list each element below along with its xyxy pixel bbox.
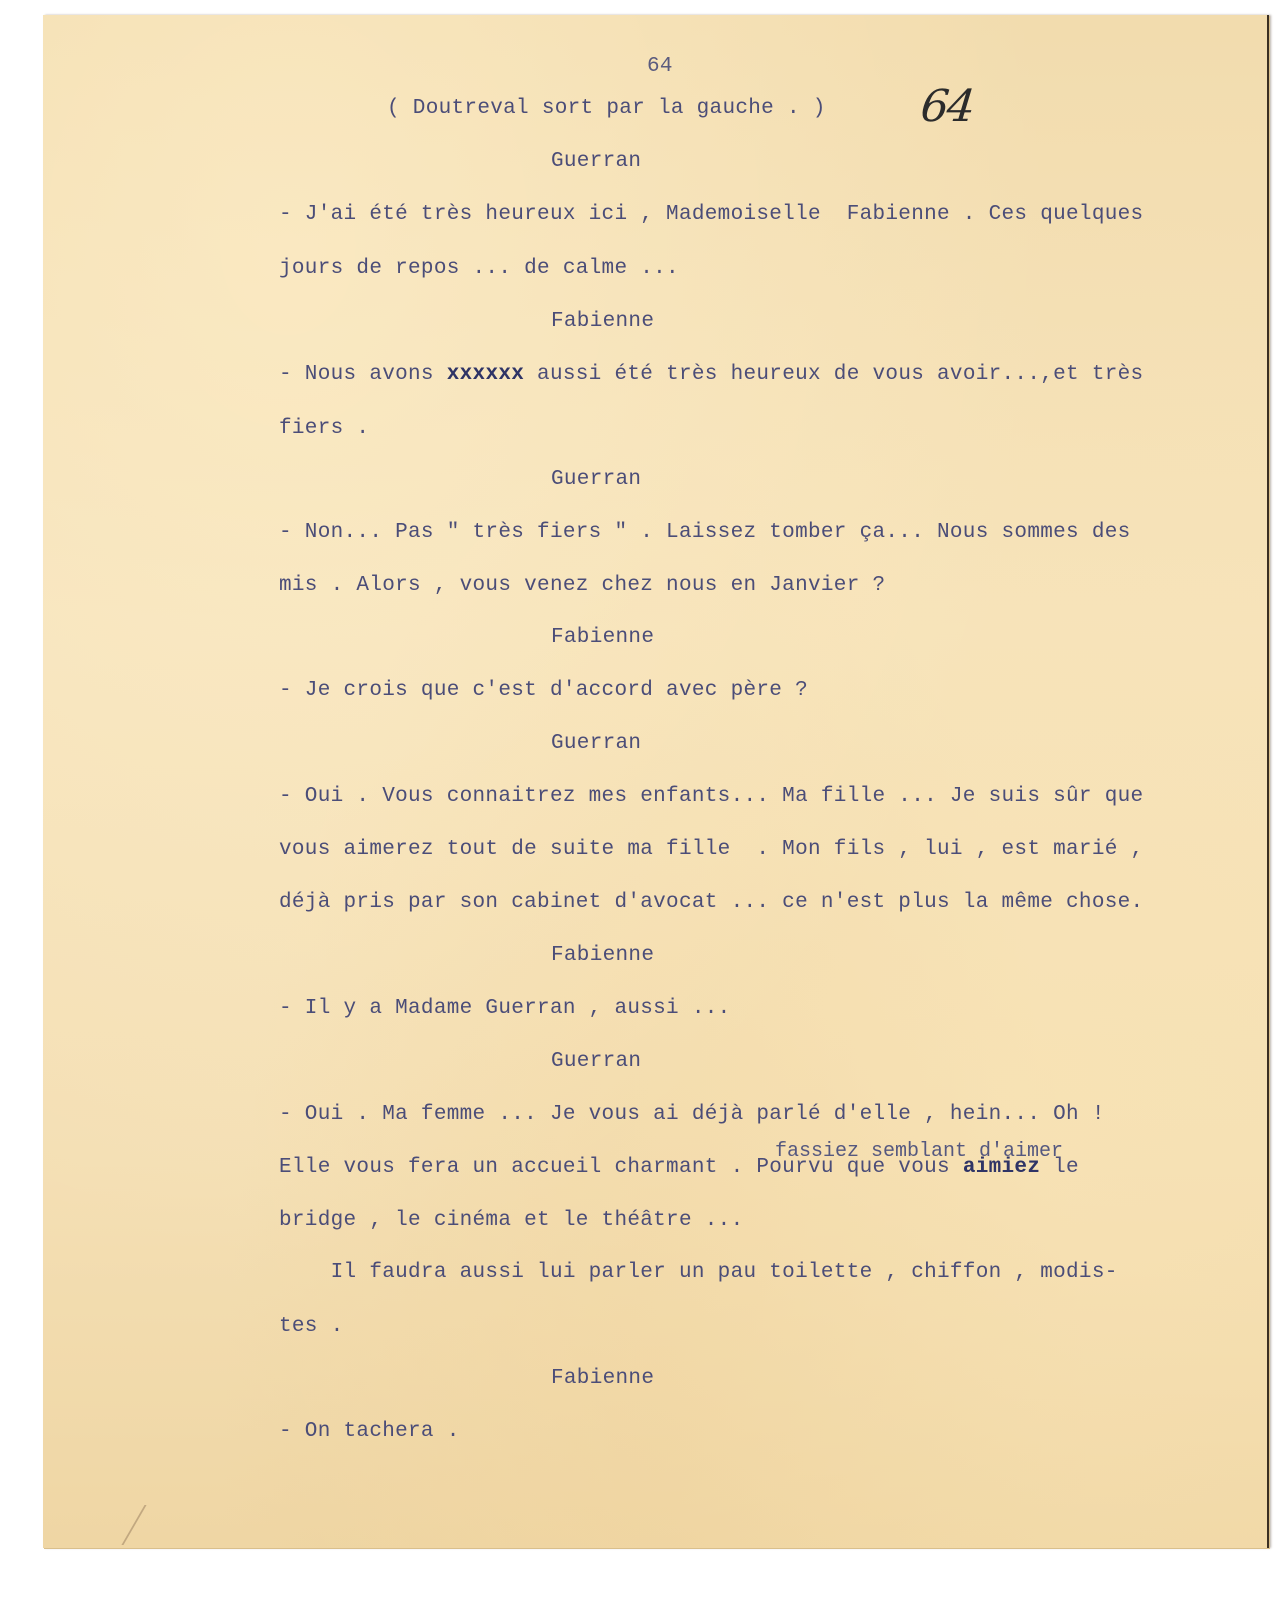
typescript-page: 64 64 ( Doutreval sort par la gauche . )… — [43, 15, 1269, 1548]
typed-page-number: 64 — [647, 55, 673, 79]
dialogue-line: - Il y a Madame Guerran , aussi ... — [279, 997, 731, 1021]
dialogue-line: jours de repos ... de calme ... — [279, 257, 679, 281]
dialogue-line: - Oui . Ma femme ... Je vous ai déjà par… — [279, 1103, 1105, 1127]
dialogue-line: - Oui . Vous connaitrez mes enfants... M… — [279, 785, 1143, 809]
dialogue-line: tes . — [279, 1315, 344, 1339]
dialogue-line: - Nous avons xxxxxx aussi été très heure… — [279, 363, 1143, 387]
dialogue-line: fiers . — [279, 417, 369, 441]
dialogue-line: bridge , le cinéma et le théâtre ... — [279, 1209, 743, 1233]
dialogue-line: - Je crois que c'est d'accord avec père … — [279, 679, 808, 703]
struck-out-text: xxxxxx — [447, 363, 524, 386]
dialogue-line: déjà pris par son cabinet d'avocat ... c… — [279, 891, 1143, 915]
struck-out-text: aimiez — [963, 1156, 1040, 1179]
dialogue-line: - J'ai été très heureux ici , Mademoisel… — [279, 203, 1143, 227]
dialogue-text: - Nous avons — [279, 363, 447, 386]
dialogue-line: mis . Alors , vous venez chez nous en Ja… — [279, 574, 885, 598]
speaker-name: Guerran — [551, 468, 641, 492]
speaker-name: Guerran — [551, 1050, 641, 1074]
speaker-name: Guerran — [551, 150, 641, 174]
dialogue-line: Elle vous fera un accueil charmant . Pou… — [279, 1156, 1079, 1180]
speaker-name: Fabienne — [551, 626, 654, 650]
stage-direction: ( Doutreval sort par la gauche . ) — [387, 97, 826, 121]
speaker-name: Fabienne — [551, 310, 654, 334]
paper-stain — [121, 1505, 226, 1545]
dialogue-text: aussi été très heureux de vous avoir...,… — [524, 363, 1143, 386]
speaker-name: Fabienne — [551, 1367, 654, 1391]
dialogue-text: le — [1040, 1156, 1079, 1179]
speaker-name: Guerran — [551, 732, 641, 756]
speaker-name: Fabienne — [551, 944, 654, 968]
dialogue-line: - Non... Pas " très fiers " . Laissez to… — [279, 521, 1131, 545]
dialogue-line: - On tachera . — [279, 1420, 460, 1444]
dialogue-text: Elle vous fera un accueil charmant . Pou… — [279, 1156, 963, 1179]
dialogue-line: vous aimerez tout de suite ma fille . Mo… — [279, 838, 1143, 862]
handwritten-page-number: 64 — [918, 81, 975, 132]
dialogue-line: Il faudra aussi lui parler un pau toilet… — [279, 1261, 1118, 1285]
